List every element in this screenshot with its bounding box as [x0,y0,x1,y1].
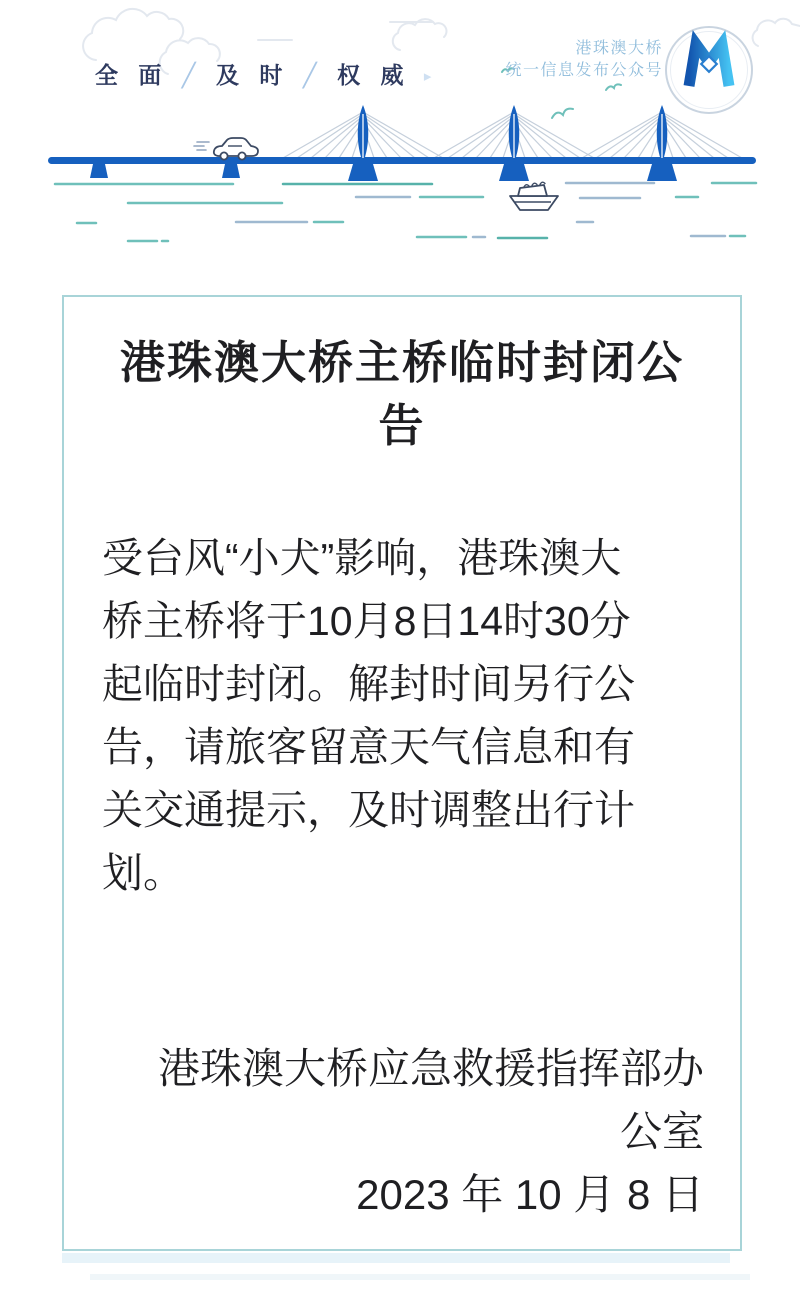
announcement-card: 港珠澳大桥主桥临时封闭公 告 受台风“小犬”影响，港珠澳大 桥主桥将于10月8日… [62,295,742,1251]
announcement-page: 全 面 ╱ 及 时 ╱ 权 威 ▸ 港珠澳大桥 统一信息发布公众号 港珠澳大桥主… [0,0,800,1292]
announcement-body: 受台风“小犬”影响，港珠澳大 桥主桥将于10月8日14时30分 起临时封闭。解封… [102,527,710,905]
slash-separator-icon: ╱ [303,62,324,88]
car-icon [194,138,258,160]
announcement-title: 港珠澳大桥主桥临时封闭公 告 [84,331,720,457]
slogan-part-2: 及 时 [216,62,289,88]
bridge-deck [48,157,756,164]
slash-separator-icon: ╱ [182,62,203,88]
card-shadow-faint [90,1274,750,1280]
announcement-date: 2023 年 10 月 8 日 [64,1163,704,1226]
water-lines [55,183,756,241]
card-shadow [62,1253,730,1263]
account-name: 港珠澳大桥 统一信息发布公众号 [505,38,663,82]
arrow-icon: ▸ [424,68,432,85]
slogan-part-1: 全 面 [95,62,168,88]
bridge-pier [90,164,240,178]
boat-icon [510,182,558,210]
header-slogan: 全 面 ╱ 及 时 ╱ 权 威 ▸ [95,57,431,90]
bridge-logo-icon [663,24,755,116]
slogan-part-3: 权 威 [337,62,410,88]
announcement-signature: 港珠澳大桥应急救援指挥部办 公室 [64,1037,704,1163]
